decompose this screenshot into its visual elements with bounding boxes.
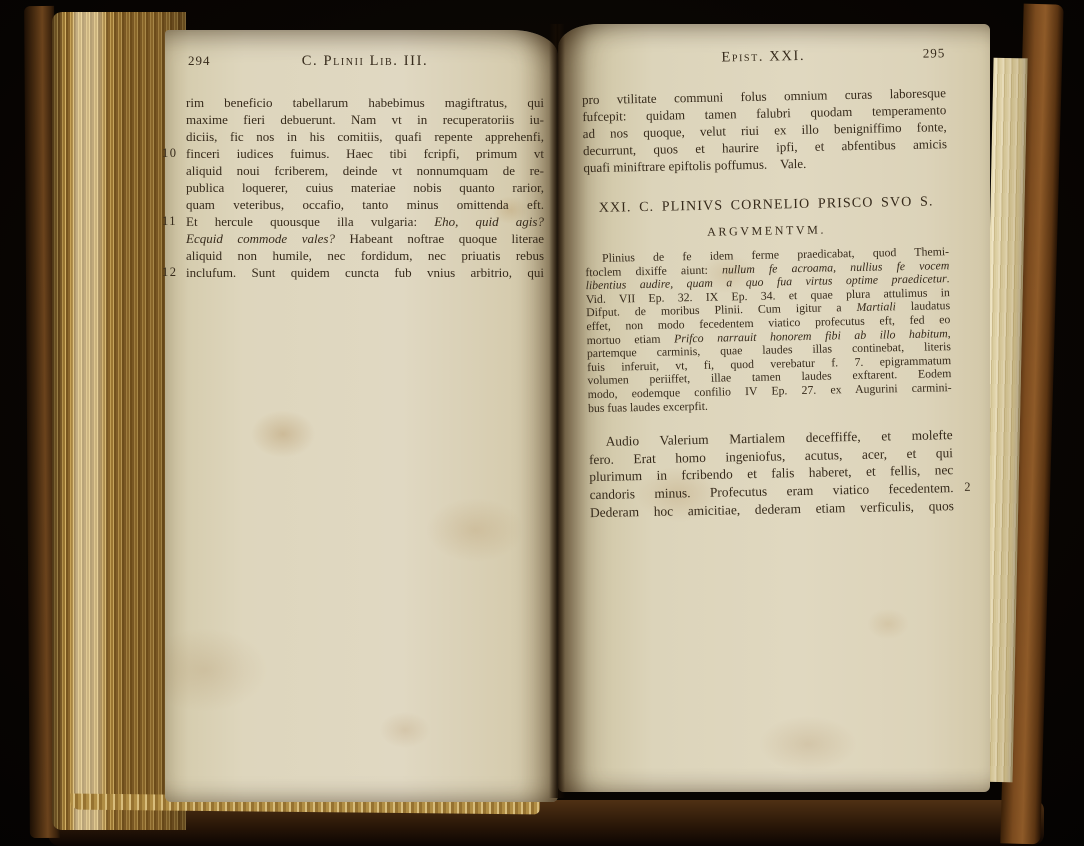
- page-left-content: 294 C. Plinii Lib. III. rim beneficio ta…: [186, 52, 544, 293]
- gutter-seam: [549, 24, 565, 798]
- line-text: aliquid non humile, nec fordidum, nec pr…: [186, 248, 544, 263]
- line-text: maxime fieri debuerunt. Nam vt in recupe…: [186, 112, 544, 127]
- margin-number: 12: [162, 264, 178, 281]
- page-header: Epist. XXI. 295: [581, 44, 945, 69]
- footnotes: [591, 538, 955, 558]
- line-text: finceri iudices fuimus. Haec tibi fcripf…: [186, 146, 544, 161]
- text-line: quam veteribus, occafio, tanto minus omi…: [186, 196, 544, 213]
- page-right-content: Epist. XXI. 295 pro vtilitate communi fo…: [581, 44, 955, 558]
- footnote-paragraph: [591, 542, 766, 545]
- line-text: rim beneficio tabellarum habebimus magif…: [186, 95, 544, 110]
- line-text: publica loquerer, cuius materiae nobis q…: [186, 180, 544, 195]
- argumentum-text: Plinius de fe idem ferme praedicabat, qu…: [585, 245, 952, 415]
- argumentum-label: ARGVMENTVM.: [585, 220, 949, 242]
- text-line: diciis, fic nos in his comitiis, quafi r…: [186, 128, 544, 145]
- text-line: 12inclufum. Sunt quidem cuncta fub vnius…: [186, 264, 544, 281]
- line-text: inclufum. Sunt quidem cuncta fub vnius a…: [186, 265, 544, 280]
- page-right: Epist. XXI. 295 pro vtilitate communi fo…: [558, 24, 990, 792]
- photo-frame: 294 C. Plinii Lib. III. rim beneficio ta…: [0, 0, 1084, 846]
- letter-text: Audio Valerium Martialem deceffiffe, et …: [588, 426, 954, 521]
- text-line: 10finceri iudices fuimus. Haec tibi fcri…: [186, 145, 544, 162]
- left-body-text: rim beneficio tabellarum habebimus magif…: [186, 94, 544, 281]
- text-line: publica loquerer, cuius materiae nobis q…: [186, 179, 544, 196]
- text-line: maxime fieri debuerunt. Nam vt in recupe…: [186, 111, 544, 128]
- text-line: rim beneficio tabellarum habebimus magif…: [186, 94, 544, 111]
- margin-number: 10: [162, 145, 178, 162]
- footnote-paragraph: [780, 551, 955, 554]
- line-text: quafi miniftrare epiftolis poffumus. Val…: [583, 156, 806, 175]
- folio-number: 294: [188, 52, 211, 70]
- line-text: Ecquid commode vales? Habeant noftrae qu…: [186, 231, 544, 246]
- right-body-text: pro vtilitate communi folus omnium curas…: [582, 84, 948, 176]
- text-line: Ecquid commode vales? Habeant noftrae qu…: [186, 230, 544, 247]
- folio-number: 295: [923, 44, 946, 62]
- footnote-paragraph: [780, 538, 955, 541]
- text-line: 11Et hercule quousque illa vulgaria: Eho…: [186, 213, 544, 230]
- section-heading: XXI. C. PLINIVS CORNELIO PRISCO SVO S.: [584, 193, 948, 218]
- line-text: bus fuas laudes excerpfit.: [588, 398, 708, 414]
- text-line: aliquid non humile, nec fordidum, nec pr…: [186, 247, 544, 264]
- footnote-column-1: [591, 542, 766, 558]
- text-line: aliquid noui fcriberem, deinde vt nonnum…: [186, 162, 544, 179]
- line-text: diciis, fic nos in his comitiis, quafi r…: [186, 129, 544, 144]
- line-text: Et hercule quousque illa vulgaria: Eho, …: [186, 214, 544, 229]
- running-title: C. Plinii Lib. III.: [302, 53, 429, 69]
- line-text: quam veteribus, occafio, tanto minus omi…: [186, 197, 544, 212]
- margin-number-right: 2: [964, 479, 971, 497]
- line-text: aliquid noui fcriberem, deinde vt nonnum…: [186, 163, 544, 178]
- page-header: 294 C. Plinii Lib. III.: [186, 52, 544, 70]
- page-left: 294 C. Plinii Lib. III. rim beneficio ta…: [165, 30, 558, 802]
- margin-number: 11: [162, 213, 177, 230]
- footnote-column-2: [780, 538, 955, 554]
- running-title: Epist. XXI.: [721, 48, 805, 66]
